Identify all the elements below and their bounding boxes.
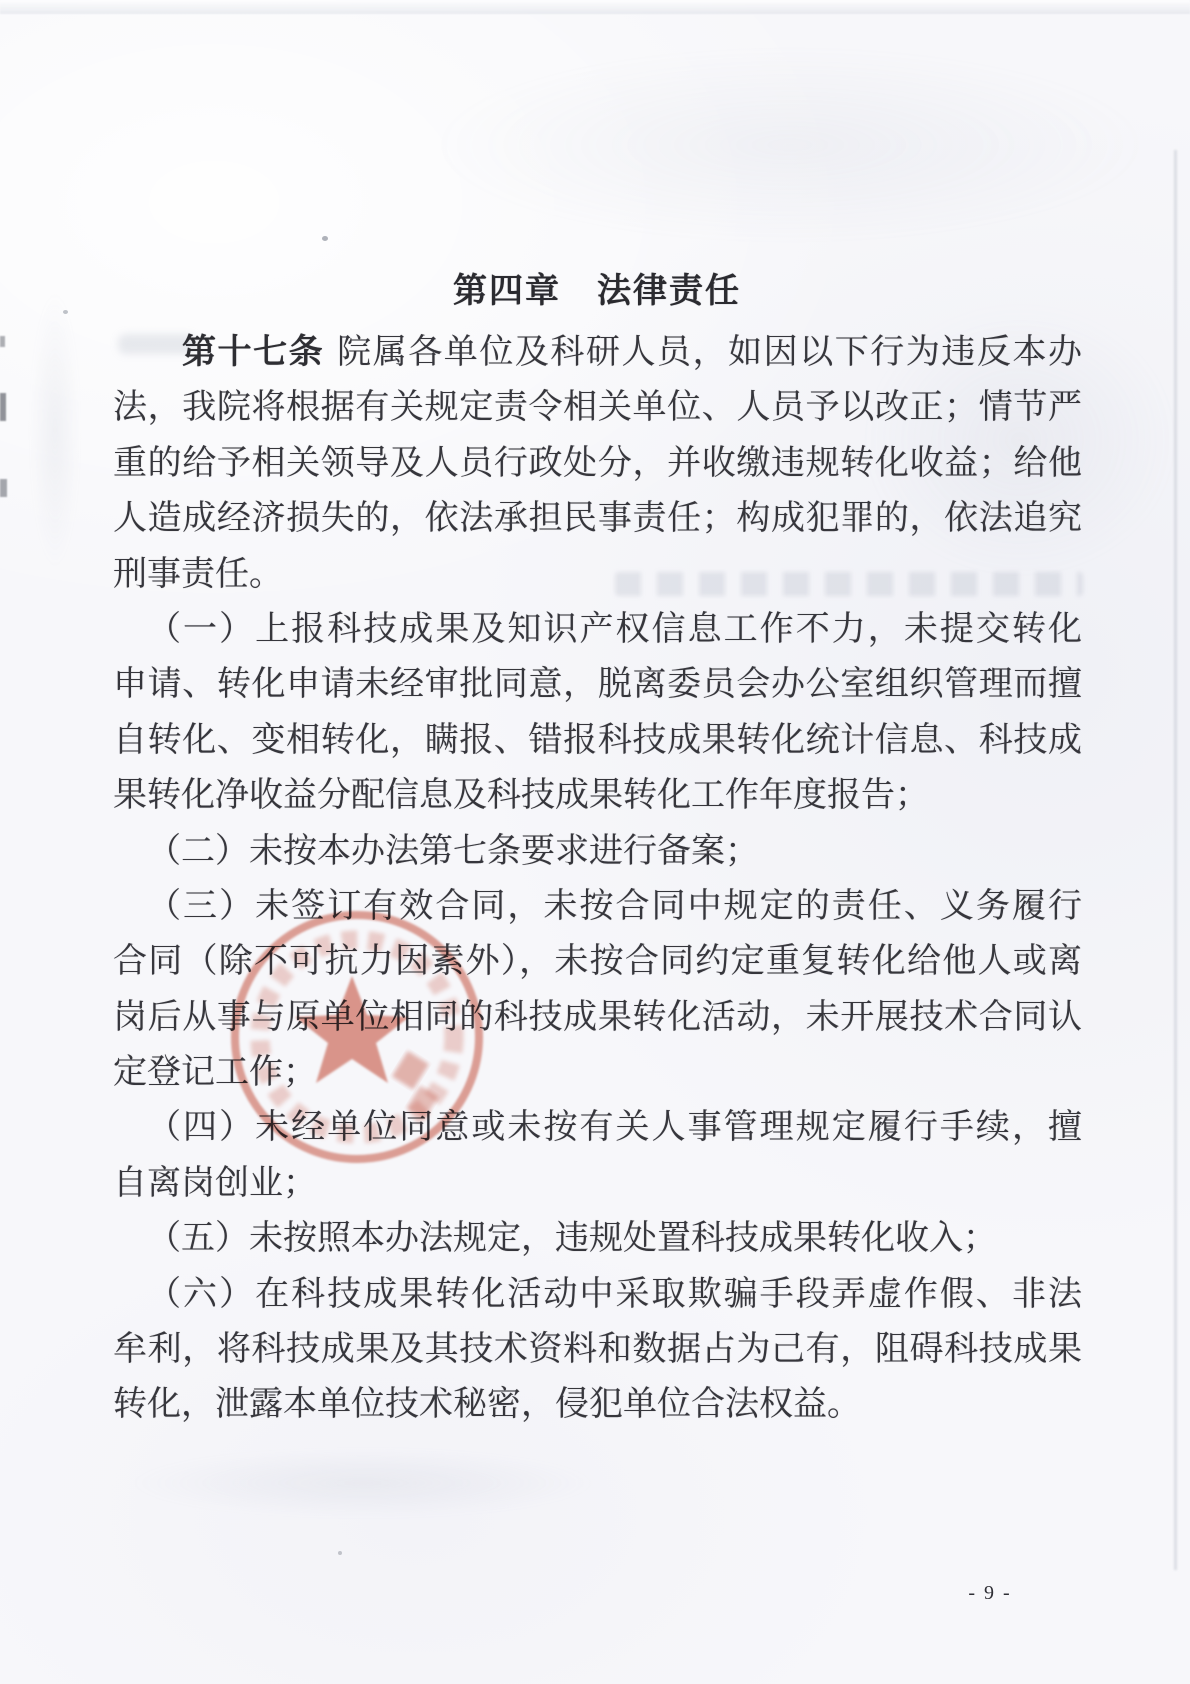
page-number: - 9 - bbox=[945, 1578, 1035, 1608]
text-line: 重的给予相关领导及人员行政处分，并收缴违规转化收益；给他 bbox=[113, 436, 1082, 491]
scan-speck bbox=[322, 236, 328, 241]
text-line: 自离岗创业； bbox=[113, 1156, 1082, 1211]
text-line: 第十七条院属各单位及科研人员，如因以下行为违反本办 bbox=[113, 325, 1082, 380]
text-line: （三）未签订有效合同，未按合同中规定的责任、义务履行 bbox=[113, 879, 1082, 934]
ghost-bleed-area bbox=[128, 1448, 598, 1518]
text-line: 法，我院将根据有关规定责令相关单位、人员予以改正；情节严 bbox=[113, 380, 1082, 435]
text-line: 转化，泄露本单位技术秘密，侵犯单位合法权益。 bbox=[113, 1377, 1082, 1432]
left-edge-mark bbox=[0, 393, 6, 421]
text-line: 自转化、变相转化，瞒报、错报科技成果转化统计信息、科技成 bbox=[113, 713, 1082, 768]
scan-speck bbox=[63, 310, 68, 314]
article-body: 第十七条院属各单位及科研人员，如因以下行为违反本办 法，我院将根据有关规定责令相… bbox=[113, 325, 1082, 1433]
text-line: （五）未按照本办法规定，违规处置科技成果转化收入； bbox=[113, 1211, 1082, 1266]
scan-top-edge bbox=[0, 0, 1190, 14]
scan-smudge bbox=[30, 290, 80, 570]
scan-right-edge bbox=[1174, 150, 1177, 1570]
text-run: 院属各单位及科研人员，如因以下行为违反本办 bbox=[337, 334, 1082, 371]
left-edge-mark bbox=[0, 336, 5, 347]
article-number-label: 第十七条 bbox=[182, 333, 324, 371]
left-edge-mark bbox=[0, 479, 7, 497]
text-line: 果转化净收益分配信息及科技成果转化工作年度报告； bbox=[113, 768, 1082, 823]
text-line: 申请、转化申请未经审批同意，脱离委员会办公室组织管理而擅 bbox=[113, 657, 1082, 712]
text-line: （四）未经单位同意或未按有关人事管理规定履行手续，擅 bbox=[113, 1100, 1082, 1155]
text-line: （六）在科技成果转化活动中采取欺骗手段弄虚作假、非法 bbox=[113, 1267, 1082, 1322]
text-line: 岗后从事与原单位相同的科技成果转化活动，未开展技术合同认 bbox=[113, 990, 1082, 1045]
text-line: （一）上报科技成果及知识产权信息工作不力，未提交转化 bbox=[113, 602, 1082, 657]
scan-speck bbox=[338, 1551, 342, 1555]
text-line: 牟利，将科技成果及其技术资料和数据占为己有，阻碍科技成果 bbox=[113, 1322, 1082, 1377]
chapter-heading: 第四章 法律责任 bbox=[113, 268, 1081, 314]
text-line: （二）未按本办法第七条要求进行备案； bbox=[113, 824, 1082, 879]
text-line: 人造成经济损失的，依法承担民事责任；构成犯罪的，依法追究 bbox=[113, 491, 1082, 546]
text-line: 定登记工作； bbox=[113, 1045, 1082, 1100]
ghost-bleed-area bbox=[430, 45, 1150, 245]
text-line: 刑事责任。 bbox=[113, 547, 1082, 602]
scanned-document-page: { "content": { "heading": "第四章 法律责任", "a… bbox=[0, 0, 1190, 1684]
text-line: 合同（除不可抗力因素外），未按合同约定重复转化给他人或离 bbox=[113, 934, 1082, 989]
